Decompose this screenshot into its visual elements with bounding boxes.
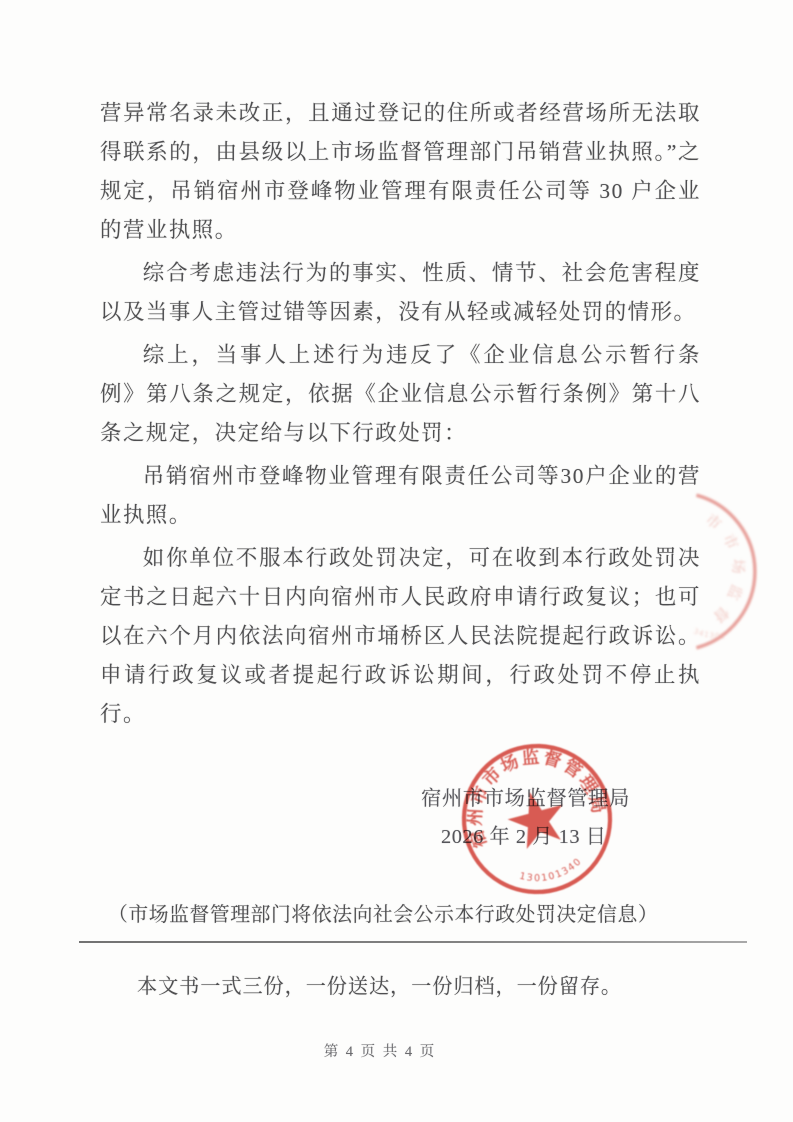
document-body: 营异常名录未改正，且通过登记的住所或者经营场所无法取得联系的，由县级以上市场监督… (100, 94, 701, 738)
paragraph-continuation: 营异常名录未改正，且通过登记的住所或者经营场所无法取得联系的，由县级以上市场监督… (100, 94, 701, 250)
official-round-seal: 宿州市市场监督管理局 3413010134051 (457, 739, 617, 899)
edge-seal-arc (696, 495, 755, 648)
publicity-note: （市场监督管理部门将依法向社会公示本行政处罚决定信息） (108, 898, 658, 927)
seal-graphic-group: 宿州市市场监督管理局 3413010134051 (457, 739, 617, 899)
svg-text:市市场监督管: 市市场监督管 (655, 483, 746, 631)
page-number-indicator: 第 4 页 共 4 页 (0, 1040, 760, 1061)
paragraph-appeal-rights: 如你单位不服本行政处罚决定，可在收到本行政处罚决定书之日起六十日内向宿州市人民政… (100, 539, 701, 734)
paragraph-legal-basis: 综上，当事人上述行为违反了《企业信息公示暂行条例》第八条之规定，依据《企业信息公… (100, 336, 701, 453)
document-page: 营异常名录未改正，且通过登记的住所或者经营场所无法取得联系的，由县级以上市场监督… (0, 0, 793, 1122)
edge-seal-group: 市市场监督管 3413010134051 (655, 483, 755, 648)
edge-seal-text: 市市场监督管 (655, 483, 746, 631)
paragraph-consideration: 综合考虑违法行为的事实、性质、情节、社会危害程度以及当事人主管过错等因素，没有从… (100, 254, 701, 332)
footer-divider-line (79, 941, 747, 943)
paragraph-penalty-decision: 吊销宿州市登峰物业管理有限责任公司等30户企业的营业执照。 (100, 457, 701, 535)
seal-star-icon (502, 785, 571, 852)
edge-partial-seal: 市市场监督管 3413010134051 (655, 483, 775, 663)
copies-note: 本文书一式三份，一份送达，一份归档，一份留存。 (137, 970, 622, 999)
